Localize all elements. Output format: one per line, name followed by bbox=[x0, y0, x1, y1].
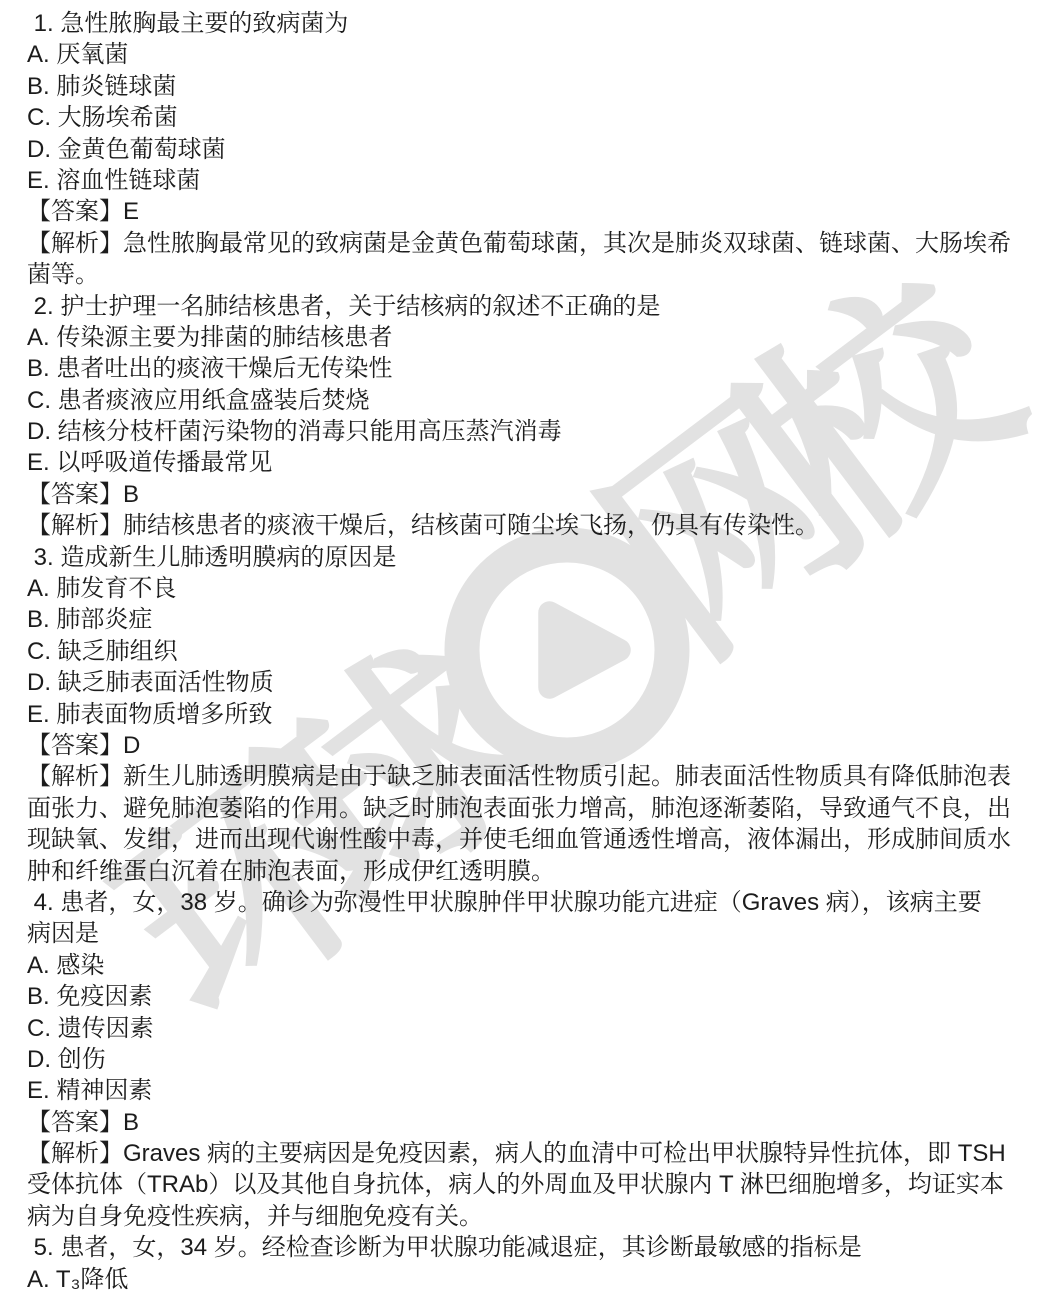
explanation-line: 现缺氧、发绀，进而出现代谢性酸中毒，并使毛细血管通透性增高，液体漏出，形成肺间质… bbox=[27, 824, 1027, 855]
option-line: D. 金黄色葡萄球菌 bbox=[27, 134, 1027, 165]
option-line: E. 精神因素 bbox=[27, 1075, 1027, 1106]
question-stem-line: 1. 急性脓胸最主要的致病菌为 bbox=[27, 8, 1027, 39]
option-line: A. 厌氧菌 bbox=[27, 39, 1027, 70]
answer-line: 【答案】D bbox=[27, 730, 1027, 761]
option-line: B. 患者吐出的痰液干燥后无传染性 bbox=[27, 353, 1027, 384]
explanation-line: 【解析】肺结核患者的痰液干燥后，结核菌可随尘埃飞扬，仍具有传染性。 bbox=[27, 510, 1027, 541]
option-line: A. T₃降低 bbox=[27, 1264, 1027, 1295]
option-line: C. 缺乏肺组织 bbox=[27, 636, 1027, 667]
explanation-line: 受体抗体（TRAb）以及其他自身抗体，病人的外周血及甲状腺内 T 淋巴细胞增多，… bbox=[27, 1169, 1027, 1200]
option-line: A. 肺发育不良 bbox=[27, 573, 1027, 604]
explanation-line: 【解析】新生儿肺透明膜病是由于缺乏肺表面活性物质引起。肺表面活性物质具有降低肺泡… bbox=[27, 761, 1027, 792]
document-body: 1. 急性脓胸最主要的致病菌为A. 厌氧菌B. 肺炎链球菌C. 大肠埃希菌D. … bbox=[27, 8, 1027, 1295]
explanation-line: 【解析】急性脓胸最常见的致病菌是金黄色葡萄球菌，其次是肺炎双球菌、链球菌、大肠埃… bbox=[27, 228, 1027, 259]
option-line: B. 肺部炎症 bbox=[27, 604, 1027, 635]
document-page: 环 球 网 校 1. 急性脓胸最主要的致病菌为A. 厌氧菌B. 肺炎链球菌C. … bbox=[0, 0, 1043, 1304]
option-line: E. 以呼吸道传播最常见 bbox=[27, 447, 1027, 478]
option-line: D. 创伤 bbox=[27, 1044, 1027, 1075]
option-line: A. 传染源主要为排菌的肺结核患者 bbox=[27, 322, 1027, 353]
explanation-line: 面张力、避免肺泡萎陷的作用。缺乏时肺泡表面张力增高，肺泡逐渐萎陷，导致通气不良，… bbox=[27, 793, 1027, 824]
option-line: D. 结核分枝杆菌污染物的消毒只能用高压蒸汽消毒 bbox=[27, 416, 1027, 447]
option-line: A. 感染 bbox=[27, 950, 1027, 981]
option-line: C. 大肠埃希菌 bbox=[27, 102, 1027, 133]
explanation-line: 病为自身免疫性疾病，并与细胞免疫有关。 bbox=[27, 1201, 1027, 1232]
explanation-line: 肿和纤维蛋白沉着在肺泡表面，形成伊红透明膜。 bbox=[27, 856, 1027, 887]
question-stem-line: 病因是 bbox=[27, 918, 1027, 949]
answer-line: 【答案】B bbox=[27, 479, 1027, 510]
option-line: C. 患者痰液应用纸盒盛装后焚烧 bbox=[27, 385, 1027, 416]
question-stem-line: 5. 患者，女，34 岁。经检查诊断为甲状腺功能减退症，其诊断最敏感的指标是 bbox=[27, 1232, 1027, 1263]
option-line: C. 遗传因素 bbox=[27, 1013, 1027, 1044]
option-line: E. 溶血性链球菌 bbox=[27, 165, 1027, 196]
explanation-line: 菌等。 bbox=[27, 259, 1027, 290]
option-line: D. 缺乏肺表面活性物质 bbox=[27, 667, 1027, 698]
answer-line: 【答案】B bbox=[27, 1107, 1027, 1138]
answer-line: 【答案】E bbox=[27, 196, 1027, 227]
option-line: B. 肺炎链球菌 bbox=[27, 71, 1027, 102]
explanation-line: 【解析】Graves 病的主要病因是免疫因素，病人的血清中可检出甲状腺特异性抗体… bbox=[27, 1138, 1027, 1169]
option-line: E. 肺表面物质增多所致 bbox=[27, 699, 1027, 730]
question-stem-line: 3. 造成新生儿肺透明膜病的原因是 bbox=[27, 542, 1027, 573]
question-stem-line: 4. 患者，女，38 岁。确诊为弥漫性甲状腺肿伴甲状腺功能亢进症（Graves … bbox=[27, 887, 1027, 918]
question-stem-line: 2. 护士护理一名肺结核患者，关于结核病的叙述不正确的是 bbox=[27, 291, 1027, 322]
option-line: B. 免疫因素 bbox=[27, 981, 1027, 1012]
